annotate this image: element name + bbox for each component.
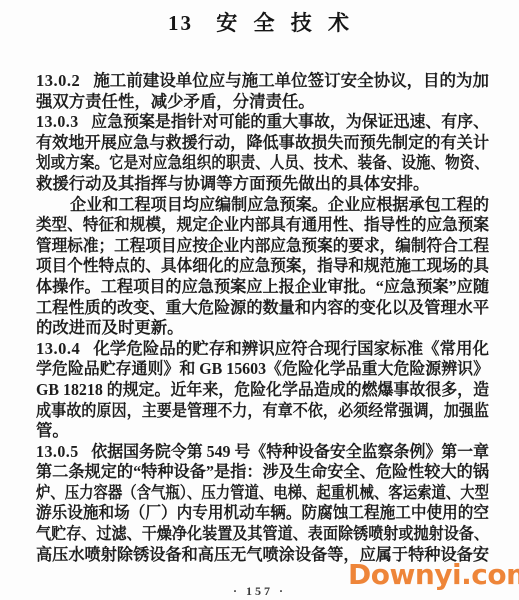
text-line-content: 13.0.3应急预案是指针对可能的重大事故，为保证迅速、有序、 <box>36 112 489 133</box>
text-line-content: 成事故的原因，主要是管理不力，有章不依，必须经常强调，加强监 <box>36 401 489 422</box>
text-line: 成事故的原因，主要是管理不力，有章不依，必须经常强调，加强监 <box>36 401 489 422</box>
text-line-content: 救援行动及其指挥与协调等方面预先做出的具体安排。 <box>36 174 429 195</box>
clause-number: 13.0.5 <box>36 442 79 461</box>
text-line-content: 工程性质的改变、重大危险源的数量和内容的变化以及管理水平 <box>36 298 489 319</box>
text-line: 气贮存、过滤、干燥净化装置及其管道、表面除锈喷射或抛射设备、 <box>36 524 489 545</box>
text-line: 13.0.2施工前建设单位应与施工单位签订安全协议，目的为加 <box>36 71 489 92</box>
text-line: GB 18218 的规定。近年来，危险化学品造成的燃爆事故很多，造 <box>36 380 489 401</box>
text-line-content: 有效地开展应急与救援行动，降低事故损失而预先制定的有关计 <box>36 133 489 154</box>
text-line-content: 学危险品贮存通则》和 GB 15603《危险化学品重大危险源辨识》 <box>36 359 489 380</box>
chapter-heading: 13 安 全 技 术 <box>0 7 519 37</box>
text-line-content: 13.0.2施工前建设单位应与施工单位签订安全协议，目的为加 <box>36 71 489 92</box>
text-line: 13.0.4化学危险品的贮存和辨识应符合现行国家标准《常用化 <box>36 339 489 360</box>
text-line: 项目个性特点的、具体细化的应急预案，指导和规范施工现场的具 <box>36 256 489 277</box>
text-line-content: 游乐设施和场（厂）内专用机动车辆。防腐蚀工程施工中使用的空 <box>36 503 489 524</box>
text-line: 第二条规定的“特种设备”是指：涉及生命安全、危险性较大的锅 <box>36 462 489 483</box>
clause-number: 13.0.4 <box>36 339 80 358</box>
text-line-content: GB 18218 的规定。近年来，危险化学品造成的燃爆事故很多，造 <box>36 380 489 401</box>
text-line-content: 强双方责任性，减少矛盾，分清责任。 <box>36 92 315 113</box>
text-line: 游乐设施和场（厂）内专用机动车辆。防腐蚀工程施工中使用的空 <box>36 503 489 524</box>
text-line-content: 类型、特征和规模，规定企业内部具有通用性、指导性的应急预案 <box>36 215 489 236</box>
chapter-title-text: 安 全 技 术 <box>216 11 351 35</box>
text-line-content: 气贮存、过滤、干燥净化装置及其管道、表面除锈喷射或抛射设备、 <box>36 524 489 545</box>
text-line-content: 炉、压力容器（含气瓶）、压力管道、电梯、起重机械、客运索道、大型 <box>36 483 489 504</box>
text-line: 有效地开展应急与救援行动，降低事故损失而预先制定的有关计 <box>36 133 489 154</box>
document-page: 13 安 全 技 术 13.0.2施工前建设单位应与施工单位签订安全协议，目的为… <box>0 0 519 600</box>
body-text: 13.0.2施工前建设单位应与施工单位签订安全协议，目的为加强双方责任性，减少矛… <box>36 71 489 565</box>
text-line: 工程性质的改变、重大危险源的数量和内容的变化以及管理水平 <box>36 298 489 319</box>
text-line: 的改进而及时更新。 <box>36 318 489 339</box>
text-line: 管理标准；工程项目应按企业内部应急预案的要求，编制符合工程 <box>36 236 489 257</box>
text-line-content: 划或方案。它是对应急组织的职责、人员、技术、装备、设施、物资、 <box>36 153 489 174</box>
text-line: 划或方案。它是对应急组织的职责、人员、技术、装备、设施、物资、 <box>36 153 489 174</box>
text-line-content: 项目个性特点的、具体细化的应急预案，指导和规范施工现场的具 <box>36 256 489 277</box>
text-line-content: 管。 <box>36 421 69 442</box>
text-line: 体操作。工程项目的应急预案应上报企业审批。“应急预案”应随 <box>36 277 489 298</box>
text-line: 13.0.3应急预案是指针对可能的重大事故，为保证迅速、有序、 <box>36 112 489 133</box>
text-line-content: 管理标准；工程项目应按企业内部应急预案的要求，编制符合工程 <box>36 236 489 257</box>
watermark-logo: Downyi.com <box>348 558 519 591</box>
text-line: 炉、压力容器（含气瓶）、压力管道、电梯、起重机械、客运索道、大型 <box>36 483 489 504</box>
text-line: 强双方责任性，减少矛盾，分清责任。 <box>36 92 489 113</box>
text-line: 企业和工程项目均应编制应急预案。企业应根据承包工程的 <box>36 195 489 216</box>
clause-number: 13.0.3 <box>36 112 79 131</box>
text-line-content: 企业和工程项目均应编制应急预案。企业应根据承包工程的 <box>70 195 489 216</box>
text-line-content: 体操作。工程项目的应急预案应上报企业审批。“应急预案”应随 <box>36 277 489 298</box>
text-line-content: 13.0.4化学危险品的贮存和辨识应符合现行国家标准《常用化 <box>36 339 489 360</box>
text-line: 学危险品贮存通则》和 GB 15603《危险化学品重大危险源辨识》 <box>36 359 489 380</box>
text-line: 管。 <box>36 421 489 442</box>
text-line-content: 13.0.5依据国务院令第 549 号《特种设备安全监察条例》第一章 <box>36 442 489 463</box>
chapter-number: 13 <box>168 11 193 35</box>
text-line: 13.0.5依据国务院令第 549 号《特种设备安全监察条例》第一章 <box>36 442 489 463</box>
text-line-content: 第二条规定的“特种设备”是指：涉及生命安全、危险性较大的锅 <box>36 462 489 483</box>
clause-number: 13.0.2 <box>36 71 80 90</box>
text-line: 类型、特征和规模，规定企业内部具有通用性、指导性的应急预案 <box>36 215 489 236</box>
text-line: 救援行动及其指挥与协调等方面预先做出的具体安排。 <box>36 174 489 195</box>
text-line-content: 的改进而及时更新。 <box>36 318 184 339</box>
